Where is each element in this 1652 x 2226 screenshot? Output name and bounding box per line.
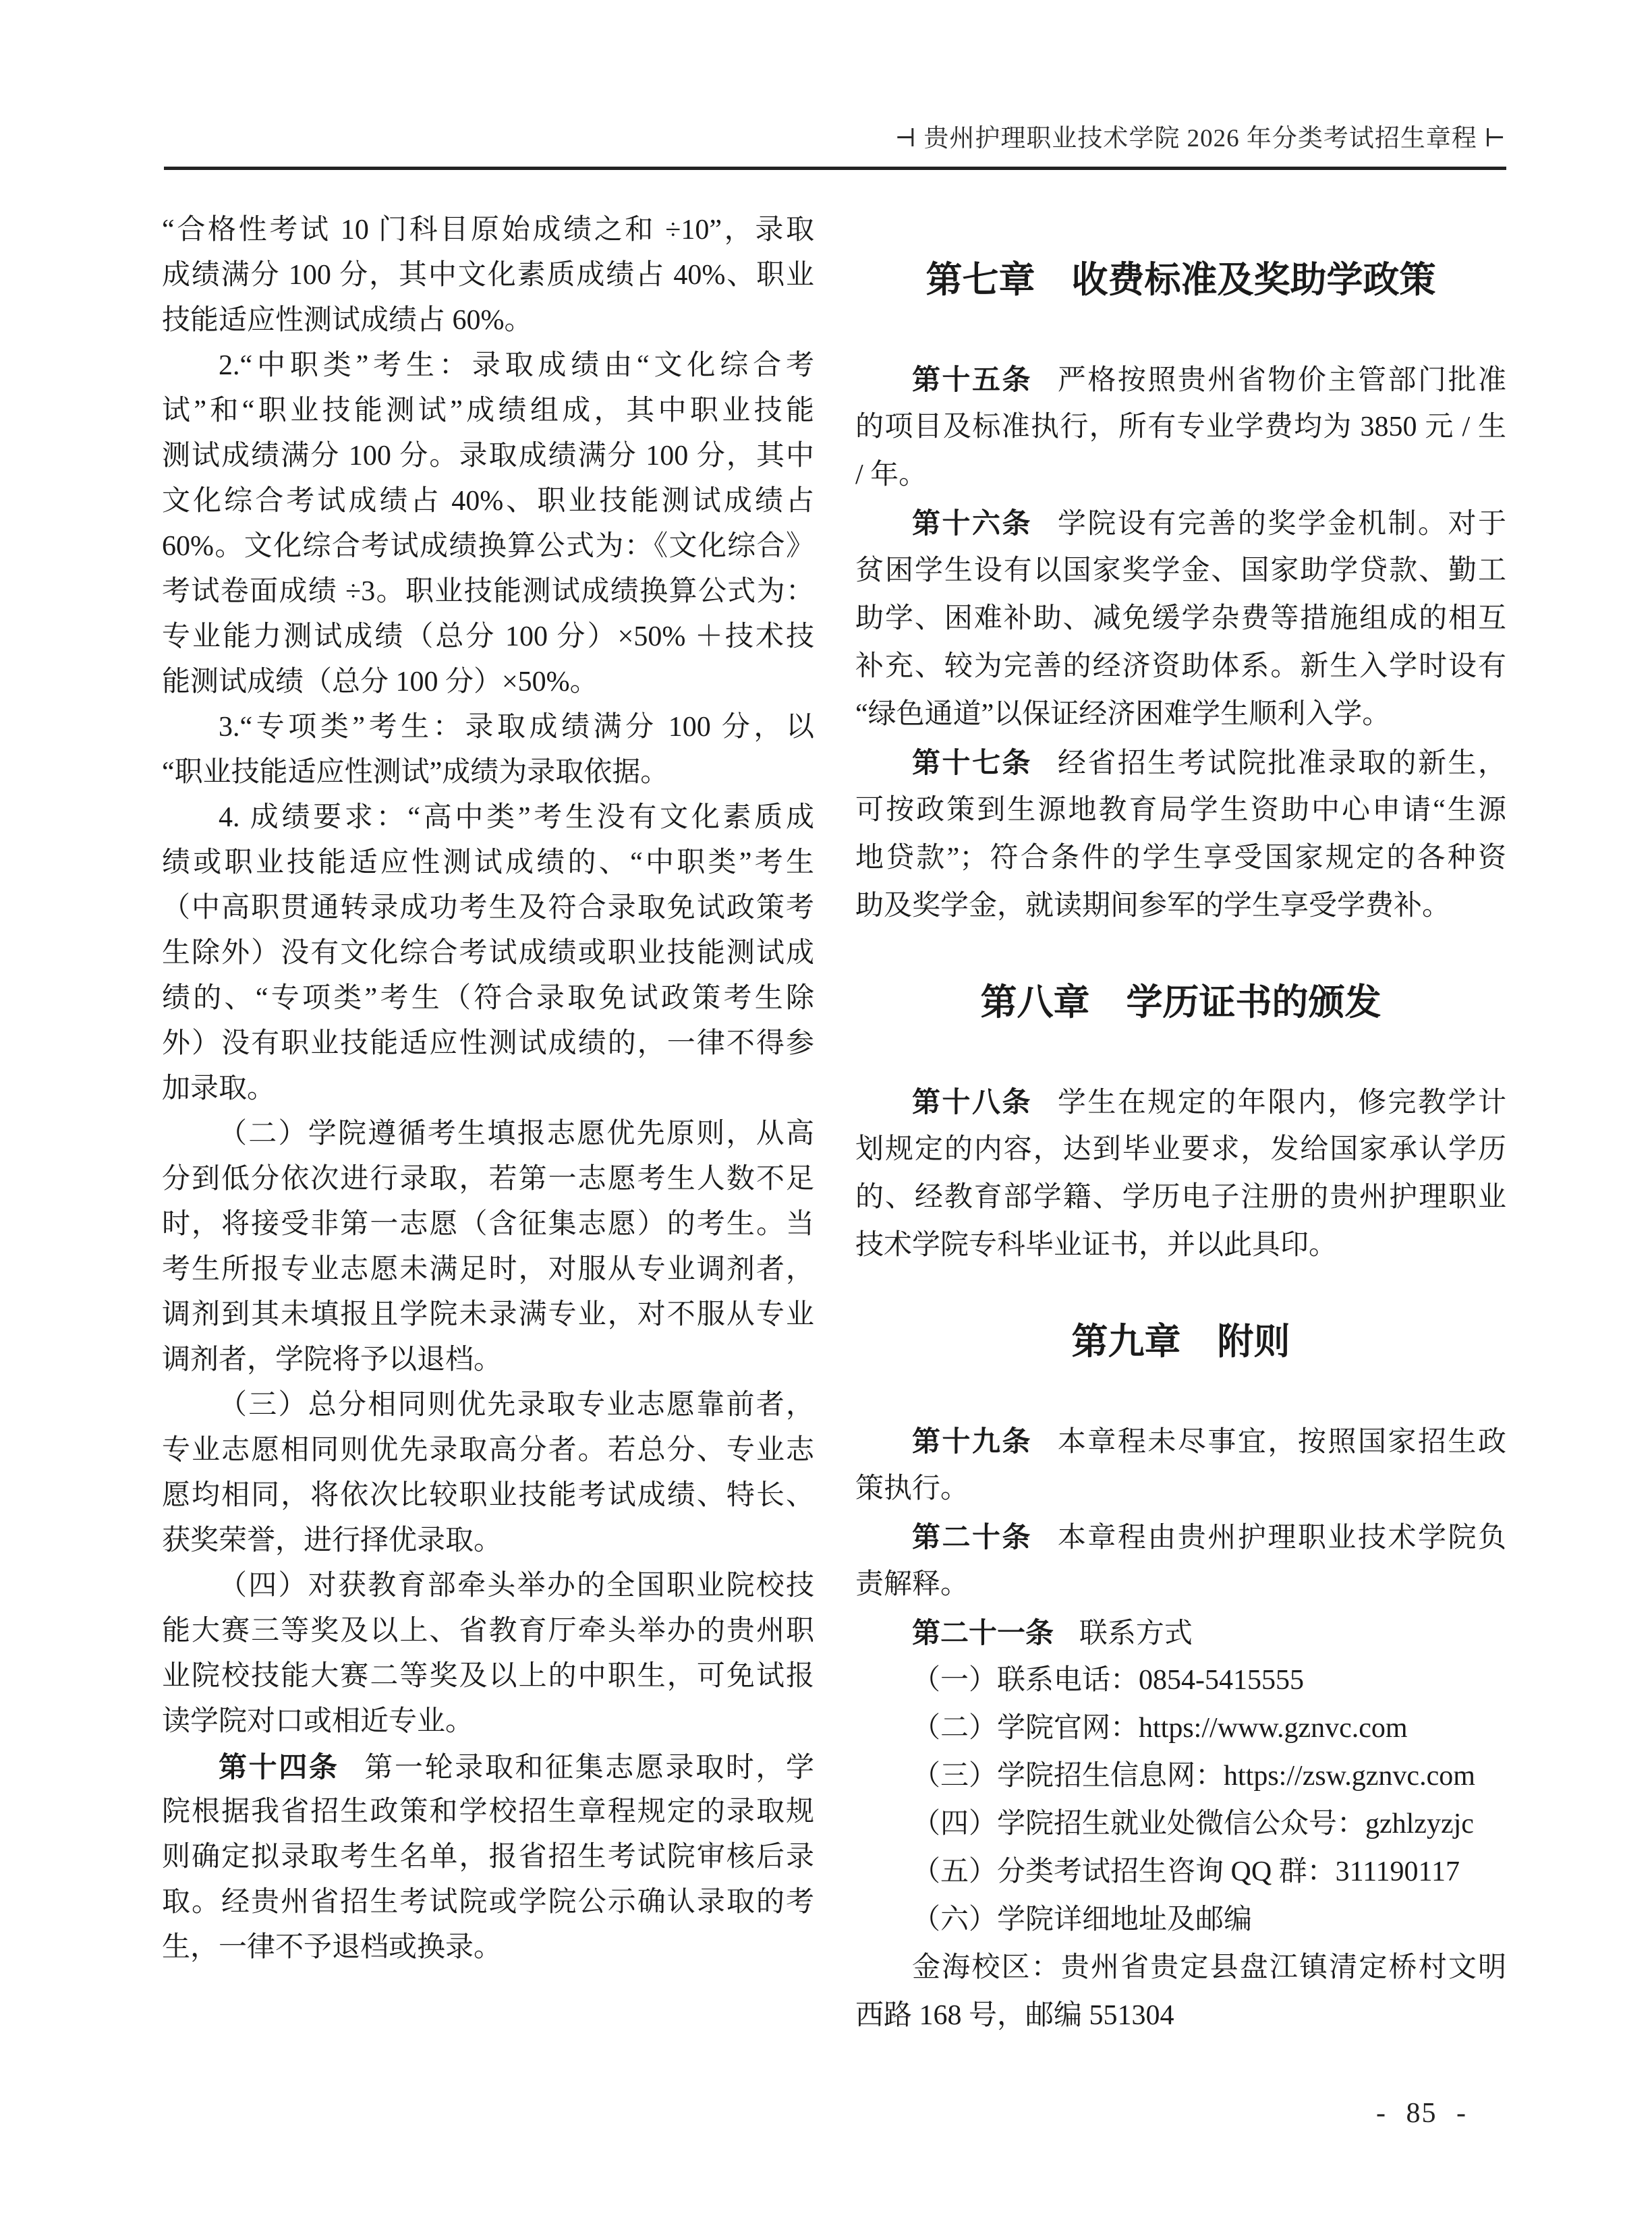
line-text: （三）总分相同则优先录取专业志愿靠前者， — [219, 1390, 814, 1421]
text-line: 能测试成绩（总分 100 分）×50%。 — [162, 660, 814, 705]
line-text: 绩的、“专项类”考生（符合录取免试政策考生除 — [162, 983, 814, 1014]
line-text: 学生在规定的年限内，修完教学计 — [1058, 1087, 1506, 1118]
line-text: 专业志愿相同则优先录取高分者。若总分、专业志 — [162, 1435, 814, 1466]
text-line: / 年。 — [855, 451, 1506, 499]
text-line: 读学院对口或相近专业。 — [162, 1699, 814, 1744]
text-line: （二）学院遵循考生填报志愿优先原则，从高 — [162, 1112, 814, 1157]
text-line: 补充、较为完善的经济资助体系。新生入学时设有 — [855, 643, 1506, 691]
text-line: （一）联系电话：0854-5415555 — [855, 1657, 1506, 1705]
line-text: 考试卷面成绩 ÷3。职业技能测试成绩换算公式为： — [162, 576, 814, 607]
line-text: 助学、困难补助、减免缓学杂费等措施组成的相互 — [855, 603, 1506, 634]
line-text: （中高职贯通转录成功考生及符合录取免试政策考 — [162, 892, 814, 923]
line-text: 获奖荣誉，进行择优录取。 — [162, 1525, 502, 1556]
text-line: （五）分类考试招生咨询 QQ 群：311190117 — [855, 1848, 1506, 1896]
line-text: （四）学院招生就业处微信公众号：gzhlzyzjc — [912, 1808, 1474, 1839]
page-header-title: ⊣ 贵州护理职业技术学院 2026 年分类考试招生章程 ⊢ — [894, 122, 1506, 156]
text-line: 成绩满分 100 分，其中文化素质成绩占 40%、职业 — [162, 253, 814, 298]
line-text: 则确定拟录取考生名单，报省招生考试院审核后录 — [162, 1842, 814, 1873]
text-line: 助学、困难补助、减免缓学杂费等措施组成的相互 — [855, 595, 1506, 643]
line-text: 文化综合考试成绩占 40%、职业技能测试成绩占 — [162, 486, 814, 517]
bold-term: 第十九条 — [912, 1425, 1032, 1457]
bold-term: 第十六条 — [912, 507, 1032, 539]
bold-term: 第十四条 — [219, 1751, 339, 1783]
page-number: - 85 - — [1376, 2096, 1467, 2130]
text-line: 则确定拟录取考生名单，报省招生考试院审核后录 — [162, 1835, 814, 1880]
text-line: （中高职贯通转录成功考生及符合录取免试政策考 — [162, 886, 814, 931]
line-text: （六）学院详细地址及邮编 — [912, 1904, 1252, 1935]
line-text: 能测试成绩（总分 100 分）×50%。 — [162, 666, 598, 697]
line-text: （二）学院官网：https://www.gznvc.com — [912, 1713, 1408, 1744]
chapter-heading: 第九章 附则 — [855, 1318, 1506, 1366]
line-text: 外）没有职业技能适应性测试成绩的，一律不得参 — [162, 1028, 814, 1059]
column-left: “合格性考试 10 门科目原始成绩之和 ÷10”，录取成绩满分 100 分，其中… — [162, 208, 814, 1970]
text-line: 贫困学生设有以国家奖学金、国家助学贷款、勤工 — [855, 547, 1506, 595]
line-text: 读学院对口或相近专业。 — [162, 1706, 474, 1737]
text-line: 试”和“职业技能测试”成绩组成，其中职业技能 — [162, 389, 814, 434]
header-rule — [164, 167, 1506, 170]
line-text: 严格按照贵州省物价主管部门批准 — [1058, 365, 1506, 396]
text-line: （六）学院详细地址及邮编 — [855, 1896, 1506, 1944]
line-text: 可按政策到生源地教育局学生资助中心申请“生源 — [855, 795, 1506, 826]
line-text: 调剂到其未填报且学院未录满专业，对不服从专业 — [162, 1299, 814, 1330]
text-line: “职业技能适应性测试”成绩为录取依据。 — [162, 750, 814, 795]
line-text: 加录取。 — [162, 1073, 275, 1104]
line-text: 金海校区：贵州省贵定县盘江镇清定桥村文明 — [912, 1952, 1506, 1983]
text-line: 第十七条经省招生考试院批准录取的新生， — [855, 739, 1506, 787]
text-line: 2.“中职类”考生：录取成绩由“文化综合考 — [162, 343, 814, 389]
line-text: 地贷款”；符合条件的学生享受国家规定的各种资 — [855, 843, 1506, 874]
bold-term: 第十五条 — [912, 364, 1032, 395]
line-text: 调剂者，学院将予以退档。 — [162, 1344, 502, 1375]
chapter-heading: 第七章 收费标准及奖助学政策 — [855, 256, 1506, 304]
line-text: 测试成绩满分 100 分。录取成绩满分 100 分，其中 — [162, 440, 814, 472]
line-text: 补充、较为完善的经济资助体系。新生入学时设有 — [855, 651, 1506, 682]
text-line: 时，将接受非第一志愿（含征集志愿）的考生。当 — [162, 1202, 814, 1247]
text-line: 60%。文化综合考试成绩换算公式为：《文化综合》 — [162, 524, 814, 569]
line-text: 成绩满分 100 分，其中文化素质成绩占 40%、职业 — [162, 260, 814, 291]
line-text: 本章程未尽事宜，按照国家招生政 — [1058, 1427, 1506, 1458]
line-text: 助及奖学金，就读期间参军的学生享受学费补。 — [855, 890, 1450, 921]
text-line: （三）学院招生信息网：https://zsw.gznvc.com — [855, 1752, 1506, 1800]
text-line: 专业能力测试成绩（总分 100 分）×50% ＋技术技 — [162, 615, 814, 660]
line-text: 能大赛三等奖及以上、省教育厅牵头举办的贵州职 — [162, 1616, 814, 1647]
line-text: 第一轮录取和征集志愿录取时，学 — [364, 1752, 814, 1783]
text-line: （四）对获教育部牵头举办的全国职业院校技 — [162, 1564, 814, 1609]
text-line: “合格性考试 10 门科目原始成绩之和 ÷10”，录取 — [162, 208, 814, 253]
text-line: 第十八条学生在规定的年限内，修完教学计 — [855, 1078, 1506, 1126]
bold-term: 第十八条 — [912, 1086, 1032, 1118]
line-text: 学院设有完善的奖学金机制。对于 — [1058, 509, 1506, 540]
text-line: 测试成绩满分 100 分。录取成绩满分 100 分，其中 — [162, 434, 814, 479]
text-line: 分到低分依次进行录取，若第一志愿考生人数不足 — [162, 1157, 814, 1202]
line-text: 2.“中职类”考生：录取成绩由“文化综合考 — [219, 350, 814, 381]
line-text: 绩或职业技能适应性测试成绩的、“中职类”考生 — [162, 847, 814, 878]
line-text: 分到低分依次进行录取，若第一志愿考生人数不足 — [162, 1164, 814, 1195]
line-text: 经省招生考试院批准录取的新生， — [1058, 748, 1506, 779]
line-text: （五）分类考试招生咨询 QQ 群：311190117 — [912, 1856, 1460, 1887]
text-line: 能大赛三等奖及以上、省教育厅牵头举办的贵州职 — [162, 1609, 814, 1654]
text-line: 技术学院专科毕业证书，并以此具印。 — [855, 1222, 1506, 1269]
text-line: 策执行。 — [855, 1465, 1506, 1513]
bold-term: 第二十条 — [912, 1521, 1032, 1553]
text-line: 3.“专项类”考生：录取成绩满分 100 分，以 — [162, 705, 814, 750]
line-text: 专业能力测试成绩（总分 100 分）×50% ＋技术技 — [162, 621, 814, 652]
text-line: 绩或职业技能适应性测试成绩的、“中职类”考生 — [162, 840, 814, 886]
line-text: 贫困学生设有以国家奖学金、国家助学贷款、勤工 — [855, 555, 1506, 586]
line-text: （三）学院招生信息网：https://zsw.gznvc.com — [912, 1761, 1475, 1792]
text-line: 西路 168 号，邮编 551304 — [855, 1992, 1506, 2040]
line-text: 试”和“职业技能测试”成绩组成，其中职业技能 — [162, 395, 814, 426]
text-line: 第二十一条联系方式 — [855, 1609, 1506, 1657]
text-line: 考生所报专业志愿未满足时，对服从专业调剂者， — [162, 1247, 814, 1292]
text-line: 可按政策到生源地教育局学生资助中心申请“生源 — [855, 787, 1506, 834]
text-line: 愿均相同，将依次比较职业技能考试成绩、特长、 — [162, 1473, 814, 1518]
text-line: （三）总分相同则优先录取专业志愿靠前者， — [162, 1383, 814, 1428]
line-text: 4. 成绩要求：“高中类”考生没有文化素质成 — [219, 802, 814, 833]
line-text: “绿色通道”以保证经济困难学生顺利入学。 — [855, 699, 1390, 730]
line-text: 60%。文化综合考试成绩换算公式为：《文化综合》 — [162, 531, 814, 562]
text-line: 金海校区：贵州省贵定县盘江镇清定桥村文明 — [855, 1944, 1506, 1992]
text-line: 的、经教育部学籍、学历电子注册的贵州护理职业 — [855, 1174, 1506, 1222]
text-line: 技能适应性测试成绩占 60%。 — [162, 298, 814, 343]
line-text: 取。经贵州省招生考试院或学院公示确认录取的考 — [162, 1887, 814, 1918]
line-text: 考生所报专业志愿未满足时，对服从专业调剂者， — [162, 1254, 814, 1285]
document-page: ⊣ 贵州护理职业技术学院 2026 年分类考试招生章程 ⊢ “合格性考试 10 … — [0, 0, 1652, 2226]
text-line: 第十六条学院设有完善的奖学金机制。对于 — [855, 499, 1506, 547]
line-text: （一）联系电话：0854-5415555 — [912, 1665, 1304, 1696]
text-line: 地贷款”；符合条件的学生享受国家规定的各种资 — [855, 834, 1506, 882]
text-line: （四）学院招生就业处微信公众号：gzhlzyzjc — [855, 1800, 1506, 1848]
line-text: 业院校技能大赛二等奖及以上的中职生，可免试报 — [162, 1661, 814, 1692]
line-text: 责解释。 — [855, 1569, 969, 1600]
line-text: 院根据我省招生政策和学校招生章程规定的录取规 — [162, 1796, 814, 1827]
line-text: “合格性考试 10 门科目原始成绩之和 ÷10”，录取 — [162, 215, 814, 246]
text-line: 调剂到其未填报且学院未录满专业，对不服从专业 — [162, 1292, 814, 1338]
text-line: “绿色通道”以保证经济困难学生顺利入学。 — [855, 691, 1506, 739]
column-right: 第七章 收费标准及奖助学政策第十五条严格按照贵州省物价主管部门批准的项目及标准执… — [855, 208, 1506, 2040]
text-line: 专业志愿相同则优先录取高分者。若总分、专业志 — [162, 1428, 814, 1473]
text-line: 绩的、“专项类”考生（符合录取免试政策考生除 — [162, 976, 814, 1021]
text-line: 助及奖学金，就读期间参军的学生享受学费补。 — [855, 882, 1506, 930]
line-text: 时，将接受非第一志愿（含征集志愿）的考生。当 — [162, 1209, 814, 1240]
text-line: 第二十条本章程由贵州护理职业技术学院负 — [855, 1513, 1506, 1561]
text-line: 第十四条第一轮录取和征集志愿录取时，学 — [162, 1744, 814, 1790]
line-text: 技术学院专科毕业证书，并以此具印。 — [855, 1230, 1337, 1261]
text-line: 院根据我省招生政策和学校招生章程规定的录取规 — [162, 1790, 814, 1835]
line-text: 的、经教育部学籍、学历电子注册的贵州护理职业 — [855, 1182, 1506, 1213]
text-line: 考试卷面成绩 ÷3。职业技能测试成绩换算公式为： — [162, 569, 814, 615]
line-text: “职业技能适应性测试”成绩为录取依据。 — [162, 757, 668, 788]
chapter-heading: 第八章 学历证书的颁发 — [855, 979, 1506, 1027]
line-text: 3.“专项类”考生：录取成绩满分 100 分，以 — [219, 712, 814, 743]
line-text: 生除外）没有文化综合考试成绩或职业技能测试成 — [162, 938, 814, 969]
text-line: 调剂者，学院将予以退档。 — [162, 1338, 814, 1383]
text-line: 责解释。 — [855, 1561, 1506, 1609]
text-line: 获奖荣誉，进行择优录取。 — [162, 1518, 814, 1564]
text-line: 生除外）没有文化综合考试成绩或职业技能测试成 — [162, 931, 814, 976]
line-text: 生，一律不予退档或换录。 — [162, 1932, 502, 1963]
text-line: 生，一律不予退档或换录。 — [162, 1925, 814, 1970]
line-text: （四）对获教育部牵头举办的全国职业院校技 — [219, 1570, 814, 1601]
line-text: 划规定的内容，达到毕业要求，发给国家承认学历 — [855, 1134, 1506, 1165]
text-line: 加录取。 — [162, 1066, 814, 1112]
line-text: 技能适应性测试成绩占 60%。 — [162, 305, 533, 336]
bold-term: 第二十一条 — [912, 1617, 1054, 1649]
text-line: 划规定的内容，达到毕业要求，发给国家承认学历 — [855, 1126, 1506, 1174]
line-text: （二）学院遵循考生填报志愿优先原则，从高 — [219, 1118, 814, 1149]
text-line: （二）学院官网：https://www.gznvc.com — [855, 1705, 1506, 1752]
line-text: 策执行。 — [855, 1473, 969, 1504]
line-text: 愿均相同，将依次比较职业技能考试成绩、特长、 — [162, 1480, 814, 1511]
text-line: 业院校技能大赛二等奖及以上的中职生，可免试报 — [162, 1654, 814, 1699]
line-text: / 年。 — [855, 459, 927, 490]
text-line: 第十九条本章程未尽事宜，按照国家招生政 — [855, 1417, 1506, 1465]
line-text: 联系方式 — [1079, 1618, 1193, 1649]
text-line: 的项目及标准执行，所有专业学费均为 3850 元 / 生 — [855, 403, 1506, 451]
line-text: 的项目及标准执行，所有专业学费均为 3850 元 / 生 — [855, 411, 1506, 443]
text-line: 第十五条严格按照贵州省物价主管部门批准 — [855, 355, 1506, 403]
text-line: 取。经贵州省招生考试院或学院公示确认录取的考 — [162, 1880, 814, 1925]
text-line: 外）没有职业技能适应性测试成绩的，一律不得参 — [162, 1021, 814, 1066]
text-line: 文化综合考试成绩占 40%、职业技能测试成绩占 — [162, 479, 814, 524]
line-text: 本章程由贵州护理职业技术学院负 — [1058, 1522, 1506, 1553]
line-text: 西路 168 号，邮编 551304 — [855, 2000, 1174, 2031]
text-line: 4. 成绩要求：“高中类”考生没有文化素质成 — [162, 795, 814, 840]
bold-term: 第十七条 — [912, 747, 1032, 778]
